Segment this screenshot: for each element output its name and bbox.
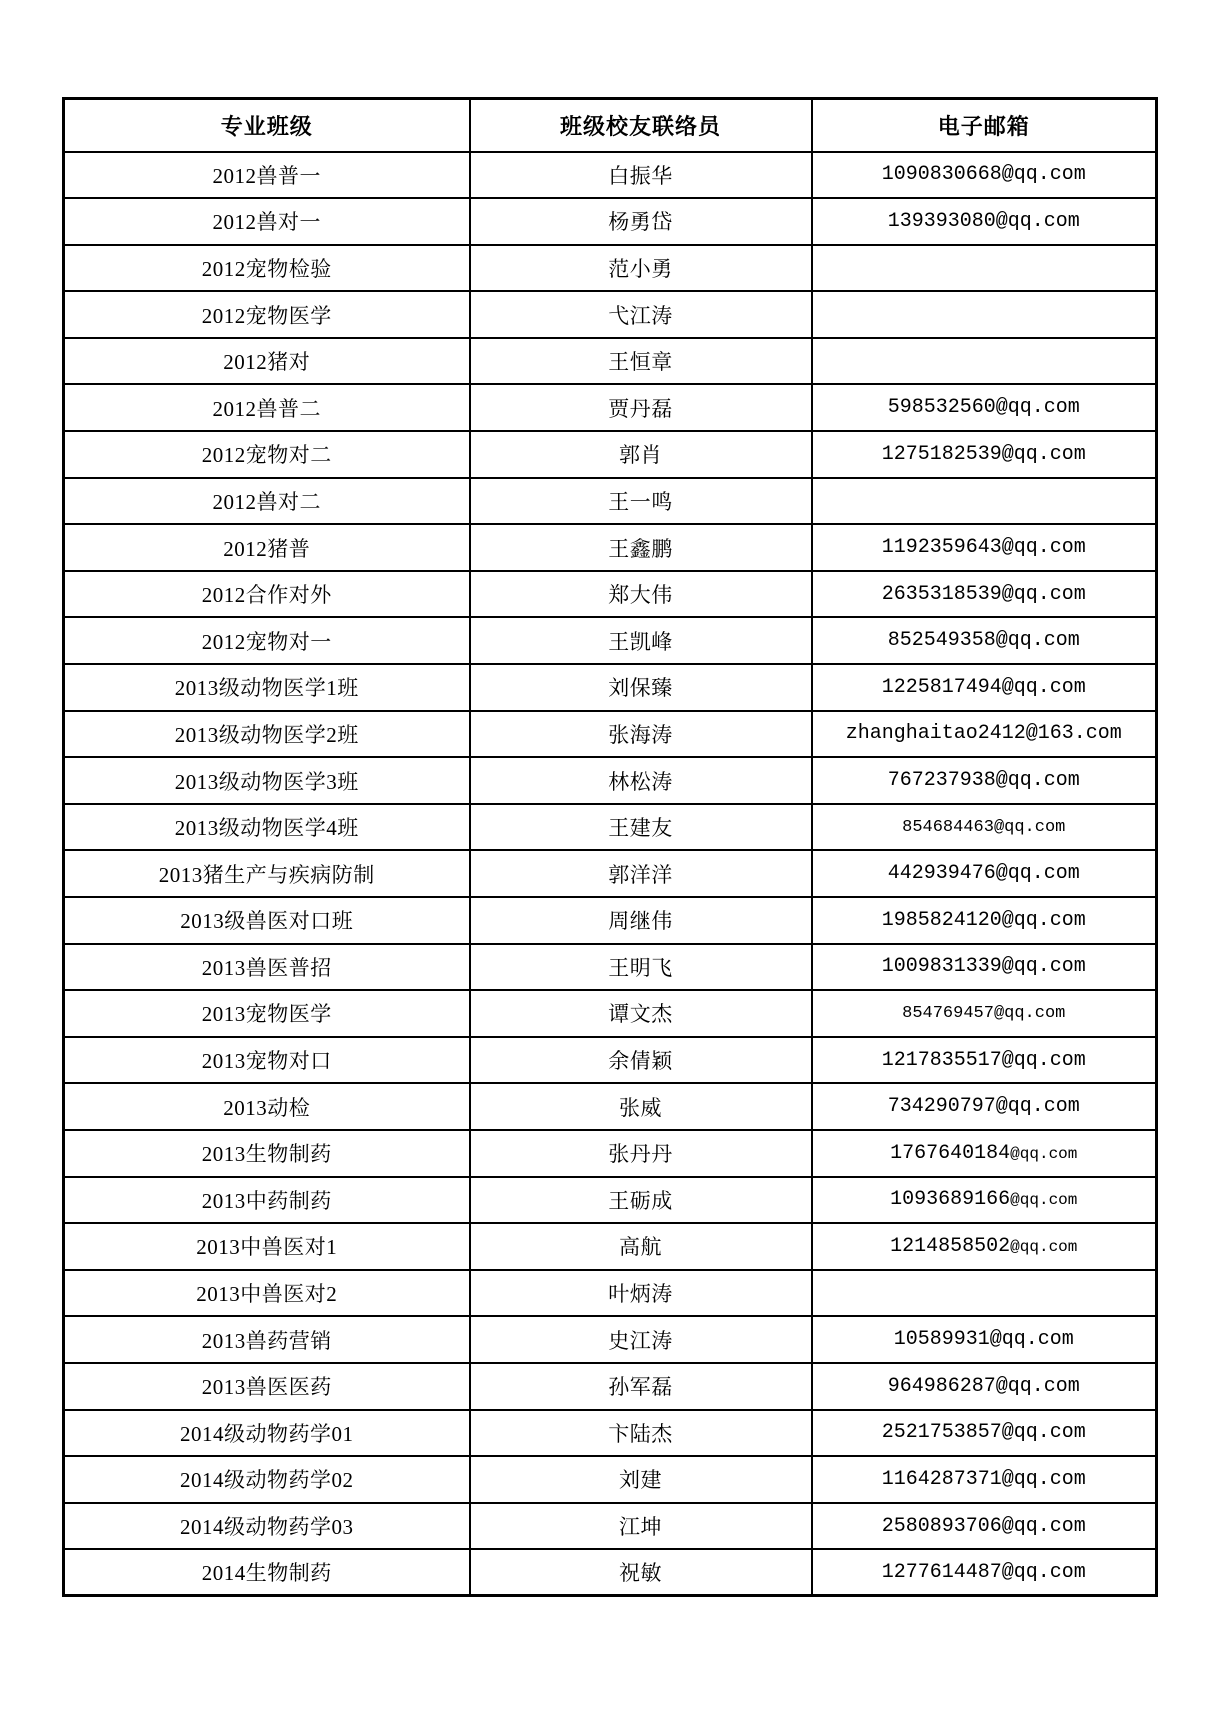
table-row: 2013动检张威734290797@qq.com <box>64 1083 1157 1130</box>
table-row: 2013宠物医学谭文杰854769457@qq.com <box>64 990 1157 1037</box>
class-name-cell: 2014级动物药学01 <box>64 1410 470 1457</box>
class-name-cell: 2012兽对一 <box>64 198 470 245</box>
email-cell: 1214858502@qq.com <box>812 1223 1157 1270</box>
email-cell: 1275182539@qq.com <box>812 431 1157 478</box>
email-cell: 1985824120@qq.com <box>812 897 1157 944</box>
class-name-cell: 2013动检 <box>64 1083 470 1130</box>
class-name-cell: 2013兽医医药 <box>64 1363 470 1410</box>
email-cell: 1225817494@qq.com <box>812 664 1157 711</box>
class-name-cell: 2012兽普二 <box>64 384 470 431</box>
liaison-name-cell: 王鑫鹏 <box>470 524 812 571</box>
email-cell: 1164287371@qq.com <box>812 1456 1157 1503</box>
table-row: 2013宠物对口余倩颖1217835517@qq.com <box>64 1037 1157 1084</box>
table-row: 2013中兽医对1高航1214858502@qq.com <box>64 1223 1157 1270</box>
email-cell: 598532560@qq.com <box>812 384 1157 431</box>
table-body: 2012兽普一白振华1090830668@qq.com2012兽对一杨勇岱139… <box>64 152 1157 1596</box>
liaison-name-cell: 王明飞 <box>470 944 812 991</box>
class-name-cell: 2013中兽医对1 <box>64 1223 470 1270</box>
liaison-name-cell: 郭肖 <box>470 431 812 478</box>
liaison-name-cell: 郭洋洋 <box>470 850 812 897</box>
email-cell: 1009831339@qq.com <box>812 944 1157 991</box>
class-name-cell: 2013中药制药 <box>64 1177 470 1224</box>
email-cell <box>812 245 1157 292</box>
email-cell: 854769457@qq.com <box>812 990 1157 1037</box>
liaison-name-cell: 祝敏 <box>470 1549 812 1596</box>
table-row: 2012兽对二王一鸣 <box>64 478 1157 525</box>
table-header: 专业班级 班级校友联络员 电子邮箱 <box>64 99 1157 152</box>
table-row: 2013级兽医对口班周继伟1985824120@qq.com <box>64 897 1157 944</box>
email-cell: 1767640184@qq.com <box>812 1130 1157 1177</box>
class-name-cell: 2013级动物医学1班 <box>64 664 470 711</box>
liaison-name-cell: 张丹丹 <box>470 1130 812 1177</box>
class-name-cell: 2013级兽医对口班 <box>64 897 470 944</box>
liaison-name-cell: 白振华 <box>470 152 812 199</box>
liaison-name-cell: 林松涛 <box>470 757 812 804</box>
liaison-name-cell: 余倩颖 <box>470 1037 812 1084</box>
email-cell: 2635318539@qq.com <box>812 571 1157 618</box>
table-row: 2013中兽医对2叶炳涛 <box>64 1270 1157 1317</box>
table-row: 2013级动物医学4班王建友854684463@qq.com <box>64 804 1157 851</box>
table-row: 2014级动物药学01卞陆杰2521753857@qq.com <box>64 1410 1157 1457</box>
email-cell: 1093689166@qq.com <box>812 1177 1157 1224</box>
table-row: 2012兽普二贾丹磊598532560@qq.com <box>64 384 1157 431</box>
contact-table: 专业班级 班级校友联络员 电子邮箱 2012兽普一白振华1090830668@q… <box>62 97 1158 1597</box>
class-name-cell: 2012猪普 <box>64 524 470 571</box>
class-name-cell: 2013猪生产与疾病防制 <box>64 850 470 897</box>
liaison-name-cell: 王一鸣 <box>470 478 812 525</box>
table-row: 2013生物制药张丹丹1767640184@qq.com <box>64 1130 1157 1177</box>
liaison-name-cell: 弋江涛 <box>470 291 812 338</box>
email-cell: 2521753857@qq.com <box>812 1410 1157 1457</box>
table-row: 2013兽医普招王明飞1009831339@qq.com <box>64 944 1157 991</box>
liaison-name-cell: 王建友 <box>470 804 812 851</box>
class-name-cell: 2012宠物检验 <box>64 245 470 292</box>
table-row: 2012兽普一白振华1090830668@qq.com <box>64 152 1157 199</box>
class-name-cell: 2013生物制药 <box>64 1130 470 1177</box>
liaison-name-cell: 史江涛 <box>470 1316 812 1363</box>
class-name-cell: 2012兽普一 <box>64 152 470 199</box>
table-row: 2012猪普王鑫鹏1192359643@qq.com <box>64 524 1157 571</box>
class-name-cell: 2014生物制药 <box>64 1549 470 1596</box>
email-cell: zhanghaitao2412@163.com <box>812 711 1157 758</box>
email-cell <box>812 338 1157 385</box>
table-row: 2014级动物药学03江坤2580893706@qq.com <box>64 1503 1157 1550</box>
header-row: 专业班级 班级校友联络员 电子邮箱 <box>64 99 1157 152</box>
class-name-cell: 2012猪对 <box>64 338 470 385</box>
liaison-name-cell: 谭文杰 <box>470 990 812 1037</box>
email-cell <box>812 291 1157 338</box>
class-name-cell: 2012宠物对一 <box>64 617 470 664</box>
class-name-cell: 2013中兽医对2 <box>64 1270 470 1317</box>
column-header-class: 专业班级 <box>64 99 470 152</box>
liaison-name-cell: 刘保臻 <box>470 664 812 711</box>
class-name-cell: 2012宠物对二 <box>64 431 470 478</box>
table-row: 2012合作对外郑大伟2635318539@qq.com <box>64 571 1157 618</box>
table-row: 2013中药制药王砺成1093689166@qq.com <box>64 1177 1157 1224</box>
liaison-name-cell: 高航 <box>470 1223 812 1270</box>
liaison-name-cell: 贾丹磊 <box>470 384 812 431</box>
liaison-name-cell: 叶炳涛 <box>470 1270 812 1317</box>
table-row: 2014级动物药学02刘建1164287371@qq.com <box>64 1456 1157 1503</box>
email-cell: 852549358@qq.com <box>812 617 1157 664</box>
class-name-cell: 2013级动物医学4班 <box>64 804 470 851</box>
table-row: 2012猪对王恒章 <box>64 338 1157 385</box>
email-cell: 767237938@qq.com <box>812 757 1157 804</box>
class-name-cell: 2013兽医普招 <box>64 944 470 991</box>
email-cell: 10589931@qq.com <box>812 1316 1157 1363</box>
table-row: 2014生物制药祝敏1277614487@qq.com <box>64 1549 1157 1596</box>
class-name-cell: 2012兽对二 <box>64 478 470 525</box>
email-cell: 139393080@qq.com <box>812 198 1157 245</box>
table-row: 2012宠物对二郭肖1275182539@qq.com <box>64 431 1157 478</box>
liaison-name-cell: 刘建 <box>470 1456 812 1503</box>
class-name-cell: 2014级动物药学02 <box>64 1456 470 1503</box>
table-row: 2013级动物医学3班林松涛767237938@qq.com <box>64 757 1157 804</box>
email-cell: 964986287@qq.com <box>812 1363 1157 1410</box>
table-row: 2013兽药营销史江涛10589931@qq.com <box>64 1316 1157 1363</box>
class-name-cell: 2012宠物医学 <box>64 291 470 338</box>
liaison-name-cell: 江坤 <box>470 1503 812 1550</box>
class-name-cell: 2012合作对外 <box>64 571 470 618</box>
table-row: 2012兽对一杨勇岱139393080@qq.com <box>64 198 1157 245</box>
column-header-email: 电子邮箱 <box>812 99 1157 152</box>
email-cell <box>812 1270 1157 1317</box>
table-row: 2012宠物检验范小勇 <box>64 245 1157 292</box>
class-name-cell: 2013宠物对口 <box>64 1037 470 1084</box>
liaison-name-cell: 杨勇岱 <box>470 198 812 245</box>
class-name-cell: 2013兽药营销 <box>64 1316 470 1363</box>
email-cell <box>812 478 1157 525</box>
liaison-name-cell: 张海涛 <box>470 711 812 758</box>
table-row: 2013级动物医学2班张海涛zhanghaitao2412@163.com <box>64 711 1157 758</box>
liaison-name-cell: 王恒章 <box>470 338 812 385</box>
liaison-name-cell: 周继伟 <box>470 897 812 944</box>
email-cell: 1090830668@qq.com <box>812 152 1157 199</box>
class-name-cell: 2014级动物药学03 <box>64 1503 470 1550</box>
table-row: 2013猪生产与疾病防制郭洋洋442939476@qq.com <box>64 850 1157 897</box>
liaison-name-cell: 郑大伟 <box>470 571 812 618</box>
table-row: 2012宠物对一王凯峰852549358@qq.com <box>64 617 1157 664</box>
email-cell: 2580893706@qq.com <box>812 1503 1157 1550</box>
email-cell: 854684463@qq.com <box>812 804 1157 851</box>
liaison-name-cell: 孙军磊 <box>470 1363 812 1410</box>
liaison-name-cell: 王砺成 <box>470 1177 812 1224</box>
email-cell: 734290797@qq.com <box>812 1083 1157 1130</box>
email-cell: 1217835517@qq.com <box>812 1037 1157 1084</box>
liaison-name-cell: 范小勇 <box>470 245 812 292</box>
table-row: 2013兽医医药孙军磊964986287@qq.com <box>64 1363 1157 1410</box>
email-cell: 442939476@qq.com <box>812 850 1157 897</box>
email-cell: 1192359643@qq.com <box>812 524 1157 571</box>
liaison-name-cell: 张威 <box>470 1083 812 1130</box>
liaison-name-cell: 卞陆杰 <box>470 1410 812 1457</box>
class-name-cell: 2013级动物医学2班 <box>64 711 470 758</box>
class-name-cell: 2013宠物医学 <box>64 990 470 1037</box>
column-header-liaison: 班级校友联络员 <box>470 99 812 152</box>
document-page: 专业班级 班级校友联络员 电子邮箱 2012兽普一白振华1090830668@q… <box>62 97 1158 1597</box>
liaison-name-cell: 王凯峰 <box>470 617 812 664</box>
table-row: 2012宠物医学弋江涛 <box>64 291 1157 338</box>
table-row: 2013级动物医学1班刘保臻1225817494@qq.com <box>64 664 1157 711</box>
email-cell: 1277614487@qq.com <box>812 1549 1157 1596</box>
class-name-cell: 2013级动物医学3班 <box>64 757 470 804</box>
